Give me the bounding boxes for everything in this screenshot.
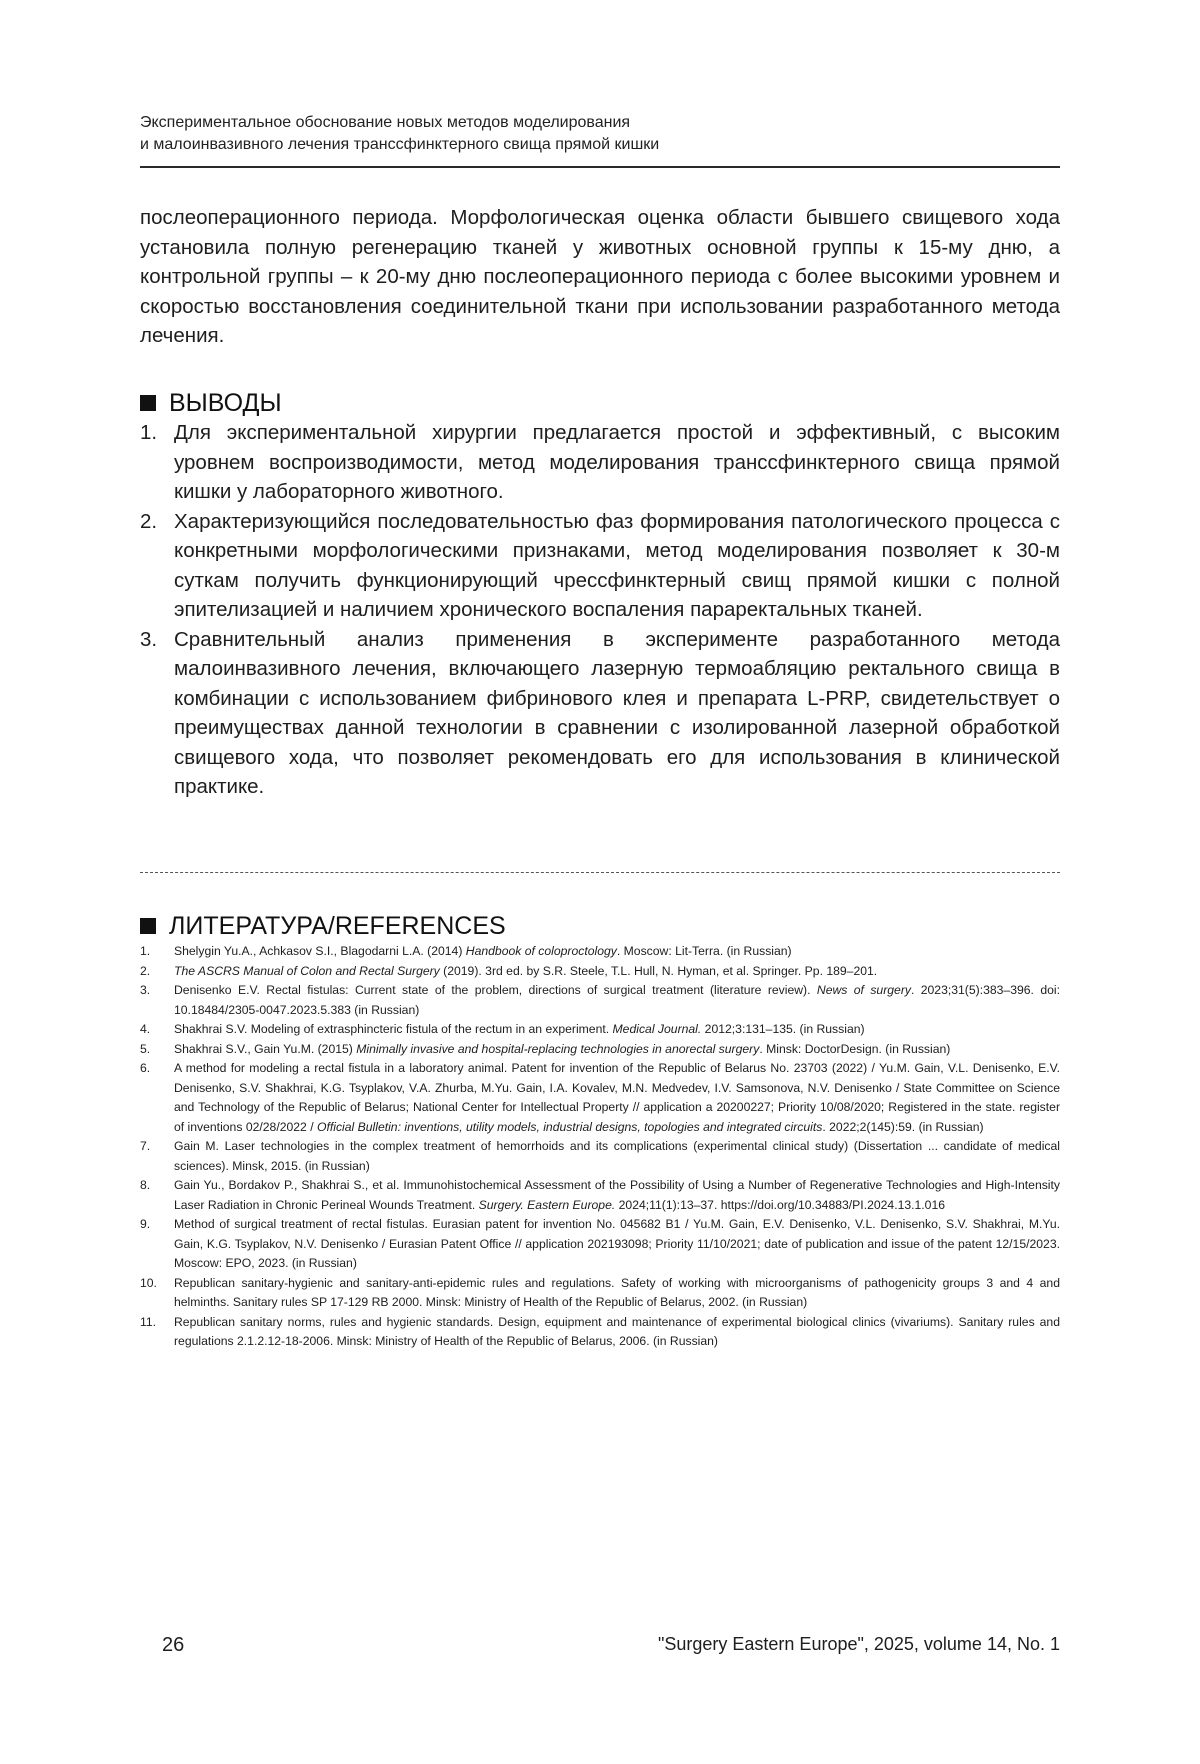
- conclusions-list: 1. Для экспериментальной хирургии предла…: [140, 418, 1060, 802]
- reference-item: 6.A method for modeling a rectal fistula…: [140, 1059, 1060, 1137]
- journal-citation: "Surgery Eastern Europe", 2025, volume 1…: [658, 1634, 1060, 1655]
- reference-number: 1.: [140, 942, 150, 962]
- reference-text-tail: 2012;3:131–135. (in Russian): [701, 1022, 864, 1036]
- conclusion-number: 2.: [140, 507, 157, 537]
- reference-source-title: News of surgery: [817, 983, 911, 997]
- conclusion-item: 2. Характеризующийся последовательностью…: [140, 507, 1060, 625]
- reference-number: 7.: [140, 1137, 150, 1157]
- references-heading: ЛИТЕРАТУРА/REFERENCES: [140, 911, 506, 941]
- section-divider: [140, 872, 1060, 873]
- reference-text-tail: . Moscow: Lit-Terra. (in Russian): [617, 944, 792, 958]
- reference-number: 4.: [140, 1020, 150, 1040]
- reference-number: 9.: [140, 1215, 150, 1235]
- conclusions-heading: ВЫВОДЫ: [140, 388, 282, 418]
- reference-item: 7.Gain M. Laser technologies in the comp…: [140, 1137, 1060, 1176]
- body-paragraph: послеоперационного периода. Морфологичес…: [140, 203, 1060, 351]
- square-bullet-icon: [140, 918, 156, 934]
- page-number: 26: [162, 1634, 184, 1657]
- reference-number: 6.: [140, 1059, 150, 1079]
- conclusion-text: Для экспериментальной хирургии предлагае…: [174, 421, 1060, 503]
- reference-number: 2.: [140, 962, 150, 982]
- header-rule: [140, 166, 1060, 168]
- reference-number: 11.: [140, 1313, 156, 1333]
- reference-source-title: Surgery. Eastern Europe.: [479, 1198, 616, 1212]
- reference-text: Shakhrai S.V. Modeling of extrasphincter…: [174, 1022, 613, 1036]
- reference-number: 5.: [140, 1040, 150, 1060]
- reference-source-title: Official Bulletin: inventions, utility m…: [317, 1120, 822, 1134]
- conclusion-text: Сравнительный анализ применения в экспер…: [174, 628, 1060, 799]
- square-bullet-icon: [140, 395, 156, 411]
- reference-text-tail: . Minsk: DoctorDesign. (in Russian): [759, 1042, 950, 1056]
- reference-text-tail: (2019). 3rd ed. by S.R. Steele, T.L. Hul…: [440, 964, 877, 978]
- running-head-line-1: Экспериментальное обоснование новых мето…: [140, 112, 1060, 134]
- reference-item: 3.Denisenko E.V. Rectal fistulas: Curren…: [140, 981, 1060, 1020]
- reference-item: 11.Republican sanitary norms, rules and …: [140, 1313, 1060, 1352]
- reference-text: Shakhrai S.V., Gain Yu.M. (2015): [174, 1042, 356, 1056]
- reference-text: Gain M. Laser technologies in the comple…: [174, 1139, 1060, 1173]
- reference-source-title: Minimally invasive and hospital-replacin…: [356, 1042, 759, 1056]
- reference-number: 10.: [140, 1274, 157, 1294]
- conclusion-item: 3. Сравнительный анализ применения в экс…: [140, 625, 1060, 802]
- reference-text-tail: . 2022;2(145):59. (in Russian): [822, 1120, 983, 1134]
- running-head-line-2: и малоинвазивного лечения транссфинктерн…: [140, 134, 1060, 156]
- reference-item: 1.Shelygin Yu.A., Achkasov S.I., Blagoda…: [140, 942, 1060, 962]
- reference-text-tail: 2024;11(1):13–37. https://doi.org/10.348…: [615, 1198, 945, 1212]
- reference-text: Shelygin Yu.A., Achkasov S.I., Blagodarn…: [174, 944, 466, 958]
- reference-item: 10.Republican sanitary-hygienic and sani…: [140, 1274, 1060, 1313]
- reference-source-title: Medical Journal.: [613, 1022, 702, 1036]
- reference-item: 9.Method of surgical treatment of rectal…: [140, 1215, 1060, 1274]
- conclusion-number: 1.: [140, 418, 157, 448]
- reference-item: 4.Shakhrai S.V. Modeling of extrasphinct…: [140, 1020, 1060, 1040]
- conclusion-number: 3.: [140, 625, 157, 655]
- reference-number: 3.: [140, 981, 150, 1001]
- reference-source-title: Handbook of coloproctology: [466, 944, 617, 958]
- conclusion-item: 1. Для экспериментальной хирургии предла…: [140, 418, 1060, 507]
- reference-text: Method of surgical treatment of rectal f…: [174, 1217, 1060, 1270]
- conclusion-text: Характеризующийся последовательностью фа…: [174, 510, 1060, 622]
- reference-text: Republican sanitary-hygienic and sanitar…: [174, 1276, 1060, 1310]
- reference-text: Republican sanitary norms, rules and hyg…: [174, 1315, 1060, 1349]
- reference-number: 8.: [140, 1176, 150, 1196]
- reference-item: 5.Shakhrai S.V., Gain Yu.M. (2015) Minim…: [140, 1040, 1060, 1060]
- reference-item: 8.Gain Yu., Bordakov P., Shakhrai S., et…: [140, 1176, 1060, 1215]
- conclusions-heading-text: ВЫВОДЫ: [169, 388, 282, 418]
- running-head: Экспериментальное обоснование новых мето…: [140, 112, 1060, 156]
- reference-text: Denisenko E.V. Rectal fistulas: Current …: [174, 983, 817, 997]
- references-list: 1.Shelygin Yu.A., Achkasov S.I., Blagoda…: [140, 942, 1060, 1352]
- references-heading-text: ЛИТЕРАТУРА/REFERENCES: [169, 911, 506, 941]
- reference-source-title: The ASCRS Manual of Colon and Rectal Sur…: [174, 964, 440, 978]
- reference-item: 2.The ASCRS Manual of Colon and Rectal S…: [140, 962, 1060, 982]
